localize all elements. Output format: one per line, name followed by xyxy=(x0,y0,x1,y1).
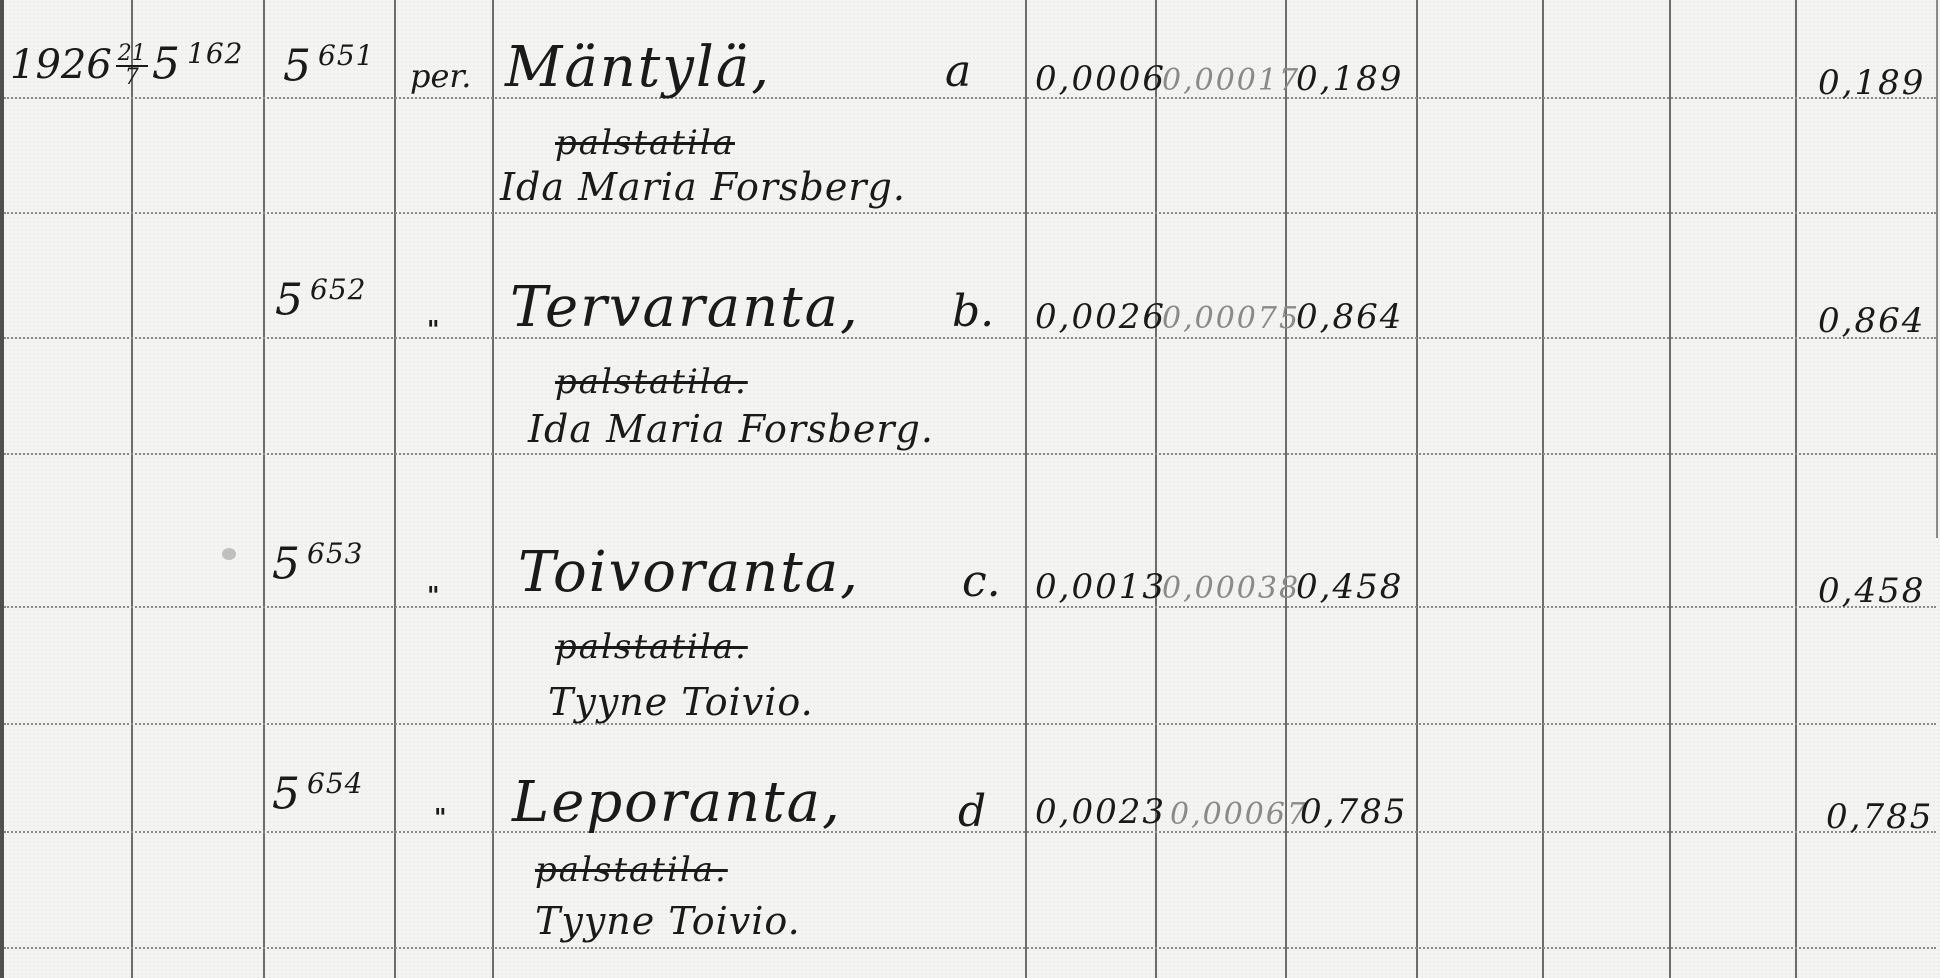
value-1: 0,0026 xyxy=(1035,300,1166,334)
value-3: 0,785 xyxy=(1300,795,1407,829)
date-year: 1926 xyxy=(10,42,112,88)
volume-ref: 5162 xyxy=(152,40,243,87)
struck-text: palstatila xyxy=(555,126,735,160)
property-name: Toivoranta, xyxy=(518,545,860,601)
reg-number-sup: 653 xyxy=(307,537,363,570)
value-2: 0,00067 xyxy=(1170,800,1308,830)
owner-name: Tyyne Toivio. xyxy=(548,683,814,721)
reg-number: 5654 xyxy=(272,770,363,817)
row-rule xyxy=(4,97,1936,99)
reg-number-sup: 654 xyxy=(307,767,363,800)
date-month: 7 xyxy=(125,67,139,89)
volume-ref-sup: 162 xyxy=(187,37,243,70)
transfer-type: per. xyxy=(410,60,471,92)
row-rule xyxy=(4,337,1936,339)
reg-number-base: 5 xyxy=(272,539,301,590)
row-rule xyxy=(4,212,1936,214)
value-2: 0,00075 xyxy=(1162,304,1300,334)
value-3: 0,189 xyxy=(1296,62,1403,96)
reg-number-sup: 651 xyxy=(318,39,374,72)
property-name: Leporanta, xyxy=(512,775,842,831)
value-2: 0,00038 xyxy=(1162,574,1300,604)
row-total: 0,458 xyxy=(1818,574,1925,608)
value-3: 0,864 xyxy=(1296,300,1403,334)
ink-smudge xyxy=(222,548,236,560)
reg-number: 5653 xyxy=(272,540,363,587)
value-3: 0,458 xyxy=(1296,570,1403,604)
reg-number-sup: 652 xyxy=(310,273,366,306)
value-2: 0,00017 xyxy=(1162,66,1300,96)
row-total: 0,189 xyxy=(1818,66,1925,100)
volume-ref-base: 5 xyxy=(152,39,181,90)
property-letter: a xyxy=(945,50,971,94)
property-name: Tervaranta, xyxy=(510,280,860,336)
owner-name: Ida Maria Forsberg. xyxy=(500,168,906,206)
row-total: 0,864 xyxy=(1818,304,1925,338)
row-rule xyxy=(4,723,1936,725)
date-day-month: 217 xyxy=(116,43,148,89)
owner-name: Tyyne Toivio. xyxy=(535,902,801,940)
column-rule xyxy=(1936,0,1938,538)
row-rule xyxy=(4,453,1936,455)
struck-text: palstatila. xyxy=(555,630,748,664)
reg-number: 5651 xyxy=(283,42,374,89)
value-1: 0,0023 xyxy=(1035,795,1166,829)
ditto-mark: " xyxy=(427,584,440,608)
ditto-mark: " xyxy=(434,806,447,830)
reg-number-base: 5 xyxy=(272,769,301,820)
reg-number-base: 5 xyxy=(283,41,312,92)
ledger-page: 1926217 5162 5651 per. Mäntylä, a palsta… xyxy=(0,0,1940,978)
property-letter: b. xyxy=(952,290,994,334)
property-letter: c. xyxy=(962,560,1001,604)
struck-text: palstatila. xyxy=(555,365,748,399)
date-day: 21 xyxy=(116,43,148,67)
value-1: 0,0013 xyxy=(1035,570,1166,604)
value-1: 0,0006 xyxy=(1035,62,1166,96)
property-letter: d xyxy=(958,790,986,834)
entry-date: 1926217 xyxy=(10,45,148,97)
row-rule xyxy=(4,947,1936,949)
ditto-mark: " xyxy=(427,318,440,342)
row-total: 0,785 xyxy=(1826,800,1933,834)
owner-name: Ida Maria Forsberg. xyxy=(528,410,934,448)
property-name: Mäntylä, xyxy=(505,40,771,96)
struck-text: palstatila. xyxy=(535,853,728,887)
reg-number: 5652 xyxy=(275,276,366,323)
reg-number-base: 5 xyxy=(275,275,304,326)
